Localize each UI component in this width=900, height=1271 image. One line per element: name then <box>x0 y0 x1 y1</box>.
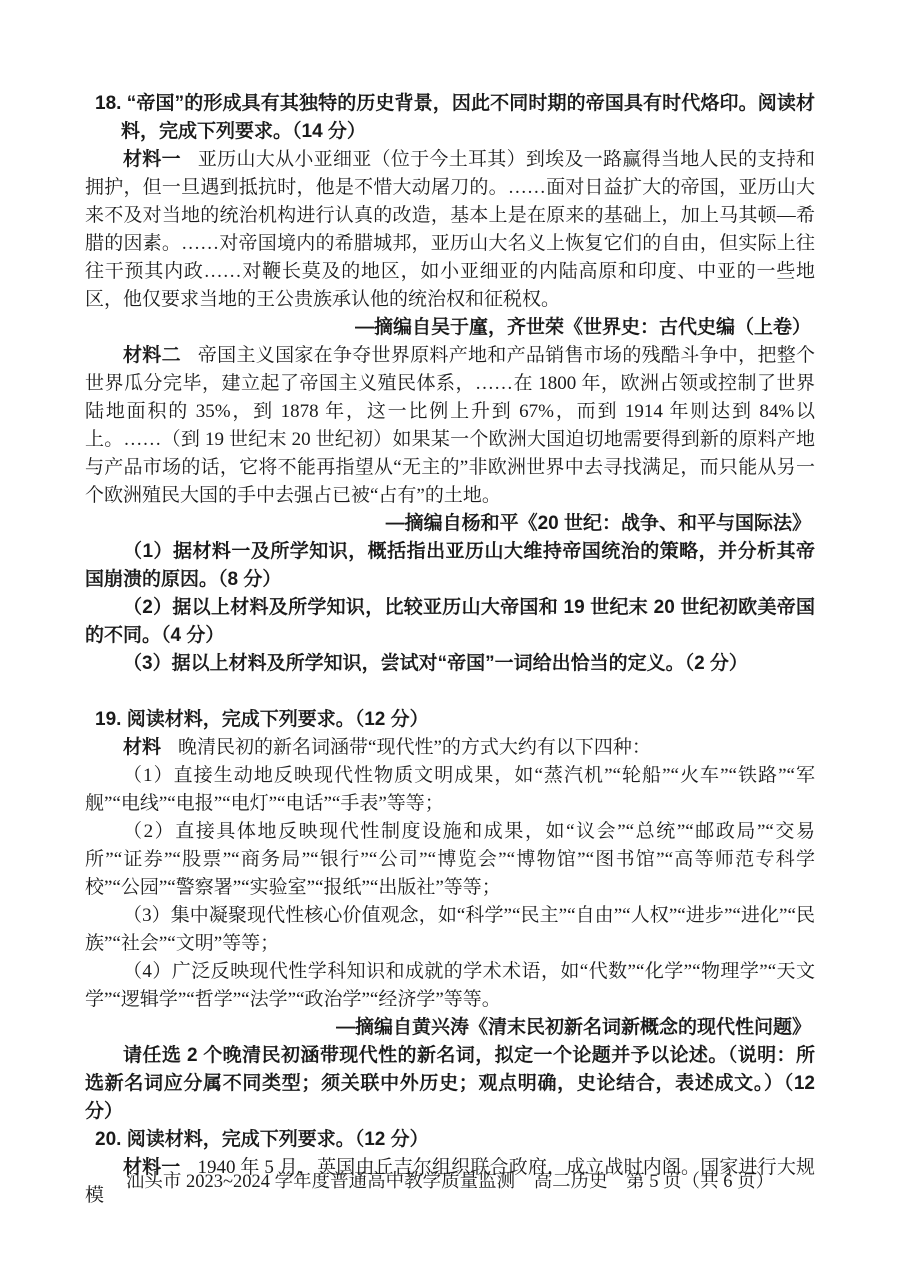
q19-task: 请任选 2 个晚清民初涵带现代性的新名词，拟定一个论题并予以论述。（说明：所选新… <box>85 1042 815 1126</box>
q19-material-item-4: （4）广泛反映现代性学科知识和成就的学术术语，如“代数”“化学”“物理学”“天文… <box>85 958 815 1014</box>
q19-material-item-1: （1）直接生动地反映现代性物质文明成果，如“蒸汽机”“轮船”“火车”“铁路”“军… <box>85 762 815 818</box>
q19-stem: 19. 阅读材料，完成下列要求。（12 分） <box>85 706 815 734</box>
q18-stem: 18. “帝国”的形成具有其独特的历史背景，因此不同时期的帝国具有时代烙印。阅读… <box>85 90 815 146</box>
q20-stem: 20. 阅读材料，完成下列要求。（12 分） <box>85 1126 815 1154</box>
q19-material-item-2: （2）直接具体地反映现代性制度设施和成果，如“议会”“总统”“邮政局”“交易所”… <box>85 818 815 902</box>
q18-material-1: 材料一亚历山大从小亚细亚（位于今土耳其）到埃及一路赢得当地人民的支持和拥护，但一… <box>85 146 815 314</box>
q18-material-2-label: 材料二 <box>123 345 181 366</box>
q18-material-2-text: 帝国主义国家在争夺世界原料产地和产品销售市场的残酷斗争中，把整个世界瓜分完毕，建… <box>85 345 815 506</box>
q18-material-1-label: 材料一 <box>123 149 181 170</box>
section-gap <box>85 678 815 706</box>
exam-page: 18. “帝国”的形成具有其独特的历史背景，因此不同时期的帝国具有时代烙印。阅读… <box>0 0 900 1271</box>
q18-material-1-text: 亚历山大从小亚细亚（位于今土耳其）到埃及一路赢得当地人民的支持和拥护，但一旦遇到… <box>85 149 815 310</box>
q19-material-item-3: （3）集中凝聚现代性核心价值观念，如“科学”“民主”“自由”“人权”“进步”“进… <box>85 902 815 958</box>
q19-material-intro-text: 晚清民初的新名词涵带“现代性”的方式大约有以下四种： <box>178 737 651 758</box>
q18-source-2: —摘编自杨和平《20 世纪：战争、和平与国际法》 <box>85 510 815 538</box>
q19-source: —摘编自黄兴涛《清末民初新名词新概念的现代性问题》 <box>85 1014 815 1042</box>
q18-material-2: 材料二帝国主义国家在争夺世界原料产地和产品销售市场的残酷斗争中，把整个世界瓜分完… <box>85 342 815 510</box>
q19-material-intro: 材料晚清民初的新名词涵带“现代性”的方式大约有以下四种： <box>85 734 815 762</box>
q19-material-label: 材料 <box>123 737 161 758</box>
page-footer: 汕头市 2023~2024 学年度普通高中教学质量监测 高二历史 第 5 页（共… <box>0 1168 900 1196</box>
q18-subquestion-1: （1）据材料一及所学知识，概括指出亚历山大维持帝国统治的策略，并分析其帝国崩溃的… <box>85 538 815 594</box>
q18-subquestion-3: （3）据以上材料及所学知识，尝试对“帝国”一词给出恰当的定义。（2 分） <box>85 650 815 678</box>
q18-subquestion-2: （2）据以上材料及所学知识，比较亚历山大帝国和 19 世纪末 20 世纪初欧美帝… <box>85 594 815 650</box>
q18-source-1: —摘编自吴于廑，齐世荣《世界史：古代史编（上卷） <box>85 314 815 342</box>
